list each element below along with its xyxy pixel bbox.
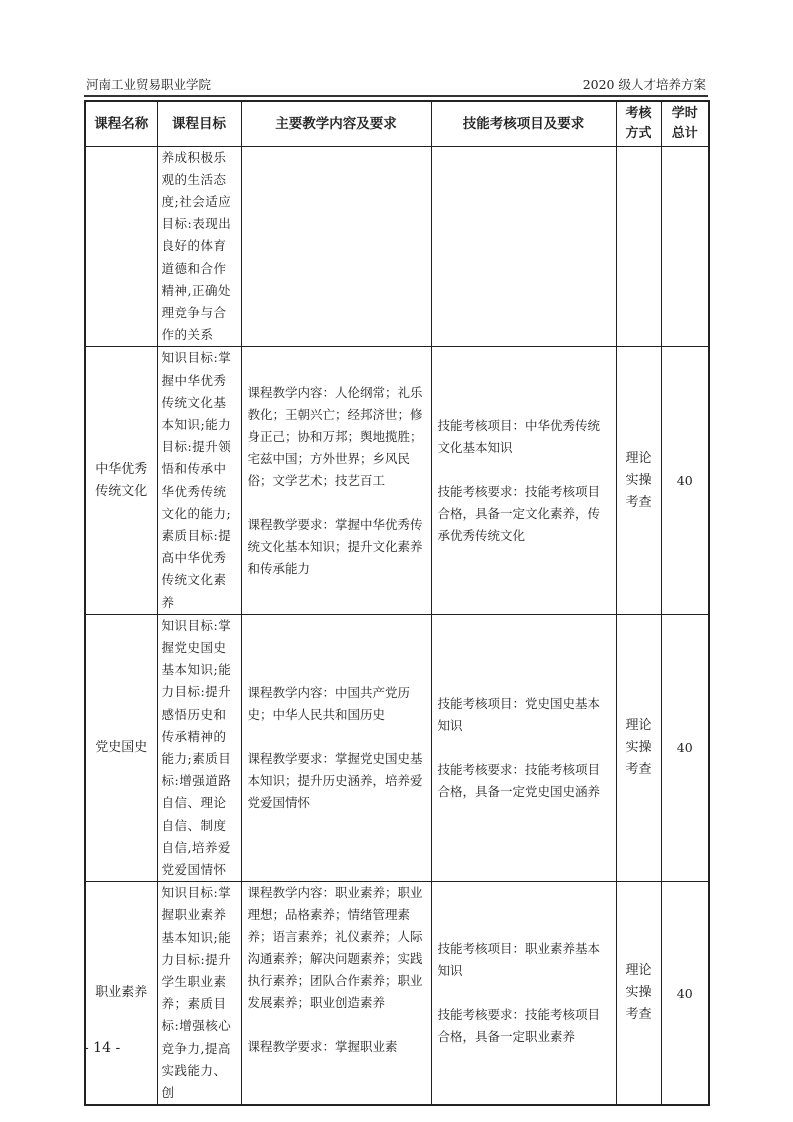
col-header-hours: 学时 总计 [661, 101, 709, 146]
course-name-line1: 中华优秀 [86, 459, 157, 481]
course-table: 课程名称 课程目标 主要教学内容及要求 技能考核项目及要求 考核 方式 学时 总… [84, 100, 710, 1106]
method-line3: 考查 [617, 759, 661, 781]
hours-cell: 40 [661, 882, 709, 1106]
hours-cell: 40 [661, 347, 709, 614]
col-header-hours-line1: 学时 [662, 104, 709, 124]
col-header-skill: 技能考核项目及要求 [431, 101, 616, 146]
method-line3: 考查 [617, 492, 661, 514]
content-teaching: 课程教学内容：人伦纲常；礼乐教化；王朝兴亡；经邦济世；修身正己；协和万邦；舆地揽… [248, 382, 427, 492]
method-cell: 理论 实操 考查 [616, 882, 661, 1106]
content-cell: 课程教学内容：职业素养；职业理想；品格素养；情绪管理素养；语言素养；礼仪素养；人… [241, 882, 431, 1106]
content-requirement: 课程教学要求：掌握党史国史基本知识；提升历史涵养，培养爱党爱国情怀 [248, 748, 427, 814]
course-goal-cell: 知识目标:掌握职业素养基本知识;能力目标:提升学生职业素养；素质目标:增强核心竞… [157, 882, 241, 1106]
content-teaching: 课程教学内容：中国共产党历史；中华人民共和国历史 [248, 682, 427, 726]
col-header-method-line2: 方式 [617, 124, 661, 144]
content-requirement: 课程教学要求：掌握中华优秀传统文化基本知识；提升文化素养和传承能力 [248, 514, 427, 580]
skill-requirement: 技能考核要求：技能考核项目合格，具备一定党史国史涵养 [438, 759, 612, 803]
content-cell: 课程教学内容：中国共产党历史；中华人民共和国历史 课程教学要求：掌握党史国史基本… [241, 614, 431, 881]
table-row: 党史国史 知识目标:掌握党史国史基本知识;能力目标:提升感悟历史和传承精神的能力… [85, 614, 709, 881]
method-cell: 理论 实操 考查 [616, 614, 661, 881]
method-cell: 理论 实操 考查 [616, 347, 661, 614]
col-header-hours-line2: 总计 [662, 124, 709, 144]
institution-name: 河南工业贸易职业学院 [86, 75, 211, 93]
course-name-cell: 党史国史 [85, 614, 157, 881]
course-goal-cell: 知识目标:掌握中华优秀传统文化基本知识;能力目标:提升领悟和传承中华优秀传统文化… [157, 347, 241, 614]
course-goal-cell: 知识目标:掌握党史国史基本知识;能力目标:提升感悟历史和传承精神的能力;素质目标… [157, 614, 241, 881]
col-header-course-goal: 课程目标 [157, 101, 241, 146]
hours-cell [661, 146, 709, 347]
plan-title: 2020 级人才培养方案 [583, 75, 706, 93]
course-goal-cell: 养成积极乐观的生活态度;社会适应目标:表现出良好的体育道德和合作精神,正确处理竞… [157, 146, 241, 347]
method-line1: 理论 [617, 715, 661, 737]
table-header-row: 课程名称 课程目标 主要教学内容及要求 技能考核项目及要求 考核 方式 学时 总… [85, 101, 709, 146]
skill-item: 技能考核项目：中华优秀传统文化基本知识 [438, 415, 612, 459]
hours-cell: 40 [661, 614, 709, 881]
method-line1: 理论 [617, 448, 661, 470]
method-line3: 考查 [617, 1004, 661, 1026]
table-row: 职业素养 知识目标:掌握职业素养基本知识;能力目标:提升学生职业素养；素质目标:… [85, 882, 709, 1106]
col-header-method-line1: 考核 [617, 104, 661, 124]
page-number: - 14 - [84, 1040, 120, 1056]
skill-requirement: 技能考核要求：技能考核项目合格，具备一定文化素养，传承优秀传统文化 [438, 481, 612, 547]
table-row: 中华优秀 传统文化 知识目标:掌握中华优秀传统文化基本知识;能力目标:提升领悟和… [85, 347, 709, 614]
skill-cell: 技能考核项目：职业素养基本知识 技能考核要求：技能考核项目合格，具备一定职业素养 [431, 882, 616, 1106]
skill-requirement: 技能考核要求：技能考核项目合格，具备一定职业素养 [438, 1004, 612, 1048]
content-cell: 课程教学内容：人伦纲常；礼乐教化；王朝兴亡；经邦济世；修身正己；协和万邦；舆地揽… [241, 347, 431, 614]
content-cell [241, 146, 431, 347]
col-header-content: 主要教学内容及要求 [241, 101, 431, 146]
page-header: 河南工业贸易职业学院 2020 级人才培养方案 [84, 73, 708, 97]
content-teaching: 课程教学内容：职业素养；职业理想；品格素养；情绪管理素养；语言素养；礼仪素养；人… [248, 882, 427, 1014]
table-row: 养成积极乐观的生活态度;社会适应目标:表现出良好的体育道德和合作精神,正确处理竞… [85, 146, 709, 347]
skill-cell [431, 146, 616, 347]
course-name-cell [85, 146, 157, 347]
skill-item: 技能考核项目：党史国史基本知识 [438, 693, 612, 737]
method-line2: 实操 [617, 737, 661, 759]
course-name-cell: 中华优秀 传统文化 [85, 347, 157, 614]
col-header-course-name: 课程名称 [85, 101, 157, 146]
method-line2: 实操 [617, 982, 661, 1004]
col-header-method: 考核 方式 [616, 101, 661, 146]
method-cell [616, 146, 661, 347]
skill-item: 技能考核项目：职业素养基本知识 [438, 938, 612, 982]
method-line1: 理论 [617, 960, 661, 982]
skill-cell: 技能考核项目：党史国史基本知识 技能考核要求：技能考核项目合格，具备一定党史国史… [431, 614, 616, 881]
method-line2: 实操 [617, 470, 661, 492]
content-requirement: 课程教学要求：掌握职业素 [248, 1036, 427, 1058]
skill-cell: 技能考核项目：中华优秀传统文化基本知识 技能考核要求：技能考核项目合格，具备一定… [431, 347, 616, 614]
course-name-cell: 职业素养 [85, 882, 157, 1106]
course-name-line2: 传统文化 [86, 481, 157, 503]
